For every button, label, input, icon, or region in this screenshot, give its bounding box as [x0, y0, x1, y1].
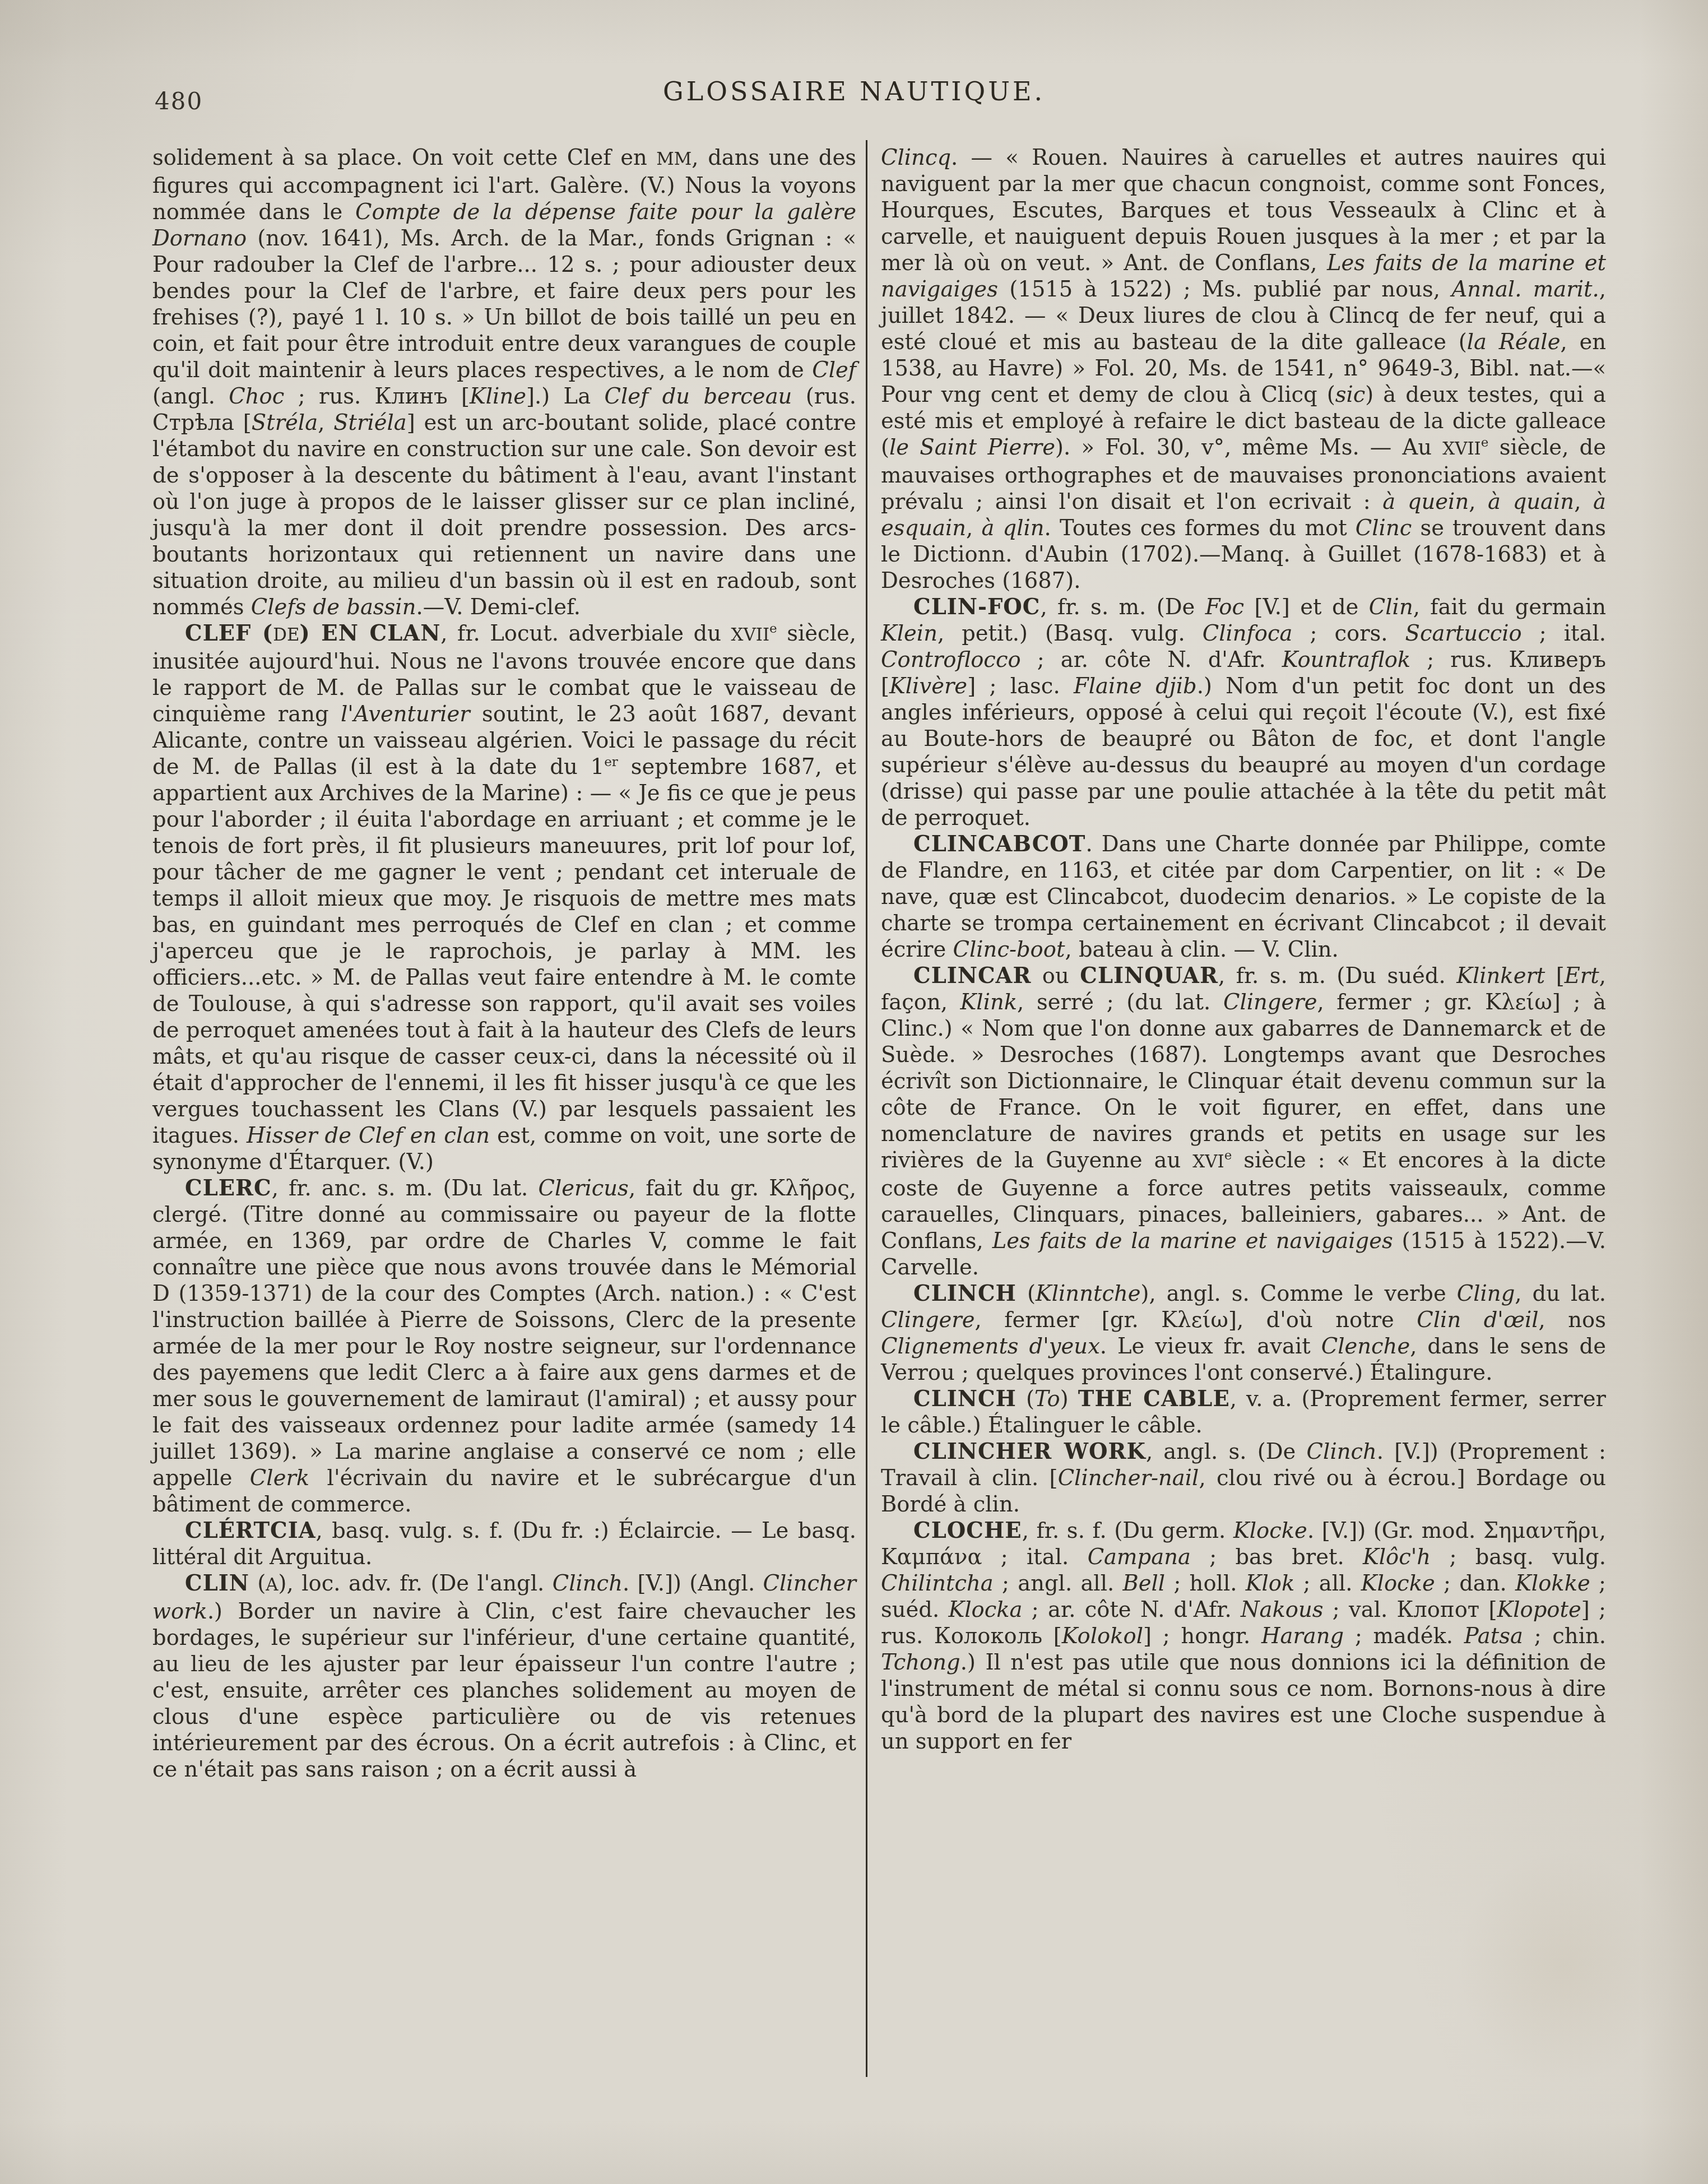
text-segment: Chilintcha	[881, 1571, 994, 1596]
entry-headword: CLERC	[185, 1176, 272, 1201]
text-segment: xvii	[731, 625, 770, 645]
entry-headword: CLINCHER WORK	[913, 1439, 1146, 1464]
text-segment: (1515 à 1522) ; Ms. publié par nous,	[998, 277, 1452, 302]
text-segment: Clingere	[881, 1307, 975, 1333]
text-segment: , fr. s. m. (Du suéd.	[1218, 963, 1456, 989]
text-segment: mm	[656, 149, 691, 169]
text-segment: ; basq. vulg.	[1431, 1545, 1606, 1570]
text-segment: Stréla	[252, 410, 318, 435]
text-segment: Nakous	[1241, 1597, 1324, 1622]
text-segment: ; bas bret.	[1191, 1545, 1363, 1570]
text-segment: xvi	[1192, 1152, 1224, 1172]
text-segment: ou	[1031, 963, 1080, 989]
text-segment: , fermer [gr. Κλείω], d'où notre	[975, 1307, 1417, 1333]
entry-headword: CLÉRTCIA	[185, 1518, 316, 1543]
text-segment: Les faits de la marine et navigaiges	[992, 1228, 1393, 1254]
text-segment: . Le vieux fr. avait	[1100, 1334, 1321, 1359]
glossary-paragraph: CLINCAR ou CLINQUAR, fr. s. m. (Du suéd.…	[881, 963, 1606, 1281]
text-segment: Clinfoca	[1203, 621, 1293, 646]
text-segment: .) Border un navire à Clin, c'est faire …	[152, 1599, 856, 1782]
text-segment: ,	[1469, 489, 1488, 514]
text-segment: de	[273, 625, 299, 645]
entry-headword: CLIN	[185, 1571, 249, 1596]
text-segment: à quain	[1488, 489, 1574, 514]
text-segment: Clin d'œil	[1417, 1307, 1538, 1333]
glossary-paragraph: CLERC, fr. anc. s. m. (Du lat. Clericus,…	[152, 1175, 856, 1518]
text-segment: Klopote	[1497, 1597, 1581, 1622]
text-segment: , fait du gr. Κλῆρος, clergé. (Titre don…	[152, 1176, 856, 1491]
text-segment: ; madék.	[1344, 1624, 1464, 1649]
text-segment: ,	[318, 410, 333, 435]
text-segment: Klink	[960, 990, 1018, 1015]
text-segment: Clin	[1369, 595, 1413, 620]
text-segment: Klivère	[889, 674, 967, 699]
text-segment: , serré ; (du lat.	[1017, 990, 1223, 1015]
text-segment: Kline	[470, 384, 526, 409]
text-segment: , fr. s. m. (De	[1040, 595, 1205, 620]
text-segment: (angl.	[152, 384, 229, 409]
text-segment: , fermer ; gr. Κλείω] ; à Clinc.) « Nom …	[881, 990, 1606, 1173]
text-segment: sic	[1335, 382, 1366, 407]
text-segment: ; holl.	[1165, 1571, 1246, 1596]
text-segment: Clenche	[1321, 1334, 1410, 1359]
text-segment: ; ar. côte N. d'Afr.	[1021, 647, 1282, 673]
text-segment: ; angl. all.	[994, 1571, 1123, 1596]
right-text-column: Clincq. — « Rouen. Nauires à caruelles e…	[881, 145, 1606, 1755]
text-segment: er	[604, 755, 618, 769]
text-segment: ] ; hongr.	[1143, 1624, 1261, 1649]
text-segment: , fait du germain	[1413, 595, 1606, 620]
text-segment: , petit.) (Basq. vulg.	[937, 621, 1203, 646]
text-segment: Clinch	[553, 1571, 623, 1596]
text-segment: e	[769, 622, 777, 636]
text-segment: l'Aventurier	[341, 702, 470, 727]
text-segment: ). » Fol. 30, v°, même Ms. — Au	[1055, 435, 1442, 460]
glossary-paragraph: CLINCH (Klinntche), angl. s. Comme le ve…	[881, 1281, 1606, 1386]
left-text-column: solidement à sa place. On voit cette Cle…	[152, 145, 856, 1783]
text-segment: Clincher-nail	[1058, 1466, 1199, 1491]
text-segment: e	[1481, 435, 1489, 450]
text-segment: Foc	[1205, 595, 1244, 620]
text-segment: Klôc'h	[1363, 1545, 1431, 1570]
text-segment: Controflocco	[881, 647, 1021, 673]
paper-stain	[1457, 1849, 1670, 2085]
text-segment: . [V.]) (Angl.	[623, 1571, 763, 1596]
text-segment: , fr. s. f. (Du germ.	[1022, 1518, 1233, 1543]
glossary-paragraph: CLINCHER WORK, angl. s. (De Clinch. [V.]…	[881, 1439, 1606, 1518]
text-segment: , du lat.	[1515, 1281, 1606, 1306]
text-segment: solidement à sa place. On voit cette Cle…	[152, 145, 656, 170]
text-segment: Klok	[1246, 1571, 1295, 1596]
entry-headword: CLIN-FOC	[913, 595, 1040, 620]
text-segment: Tchong	[881, 1650, 960, 1675]
entry-headword: CLEF (	[185, 621, 273, 646]
text-segment: Klinkert	[1456, 963, 1545, 989]
text-segment: Clinc-boot	[953, 937, 1065, 962]
text-segment: ; ar. côte N. d'Afr.	[1023, 1597, 1241, 1622]
text-segment: (	[249, 1571, 266, 1596]
text-segment: Hisser de Clef en clan	[247, 1123, 490, 1148]
text-segment: (nov. 1641), Ms. Arch. de la Mar., fonds…	[152, 226, 856, 383]
text-segment: Patsa	[1464, 1624, 1523, 1649]
glossary-paragraph: CLINCH (To) THE CABLE, v. a. (Proprement…	[881, 1386, 1606, 1439]
text-segment: Klocke	[1233, 1518, 1307, 1543]
text-segment: Clinc	[1356, 516, 1412, 541]
text-segment: Klokke	[1515, 1571, 1590, 1596]
text-segment: .) Il n'est pas utile que nous donnions …	[881, 1650, 1606, 1754]
text-segment: le Saint Pierre	[889, 435, 1055, 460]
text-segment: Clignements d'yeux	[881, 1334, 1100, 1359]
text-segment: ; cors.	[1293, 621, 1405, 646]
text-segment: ; val. Клопот [	[1324, 1597, 1497, 1622]
text-segment: Choc	[229, 384, 284, 409]
text-segment: xvii	[1442, 439, 1481, 459]
entry-headword: CLINCH	[913, 1281, 1017, 1306]
text-segment: To	[1034, 1387, 1060, 1412]
text-segment: e	[1224, 1148, 1232, 1163]
glossary-paragraph: Clincq. — « Rouen. Nauires à caruelles e…	[881, 145, 1606, 594]
text-segment: , fr. Locut. adverbiale du	[440, 621, 731, 646]
text-segment: ; rus. Клинъ [	[284, 384, 470, 409]
text-segment: Cling	[1457, 1281, 1515, 1306]
entry-headword: CLINQUAR	[1080, 963, 1218, 989]
text-segment: .—V. Demi-clef.	[416, 595, 581, 620]
text-segment: Harang	[1261, 1624, 1344, 1649]
text-segment: ; dan.	[1435, 1571, 1515, 1596]
page-title: GLOSSAIRE NAUTIQUE.	[0, 76, 1708, 106]
text-segment: Clef	[812, 358, 856, 383]
entry-headword: THE CABLE	[1078, 1387, 1230, 1412]
entry-headword: CLINCH	[913, 1387, 1017, 1412]
text-segment: Kolokol	[1062, 1624, 1143, 1649]
text-segment: Clingere	[1223, 990, 1317, 1015]
glossary-paragraph: CLIN-FOC, fr. s. m. (De Foc [V.] et de C…	[881, 594, 1606, 831]
text-segment: septembre 1687, et appartient aux Archiv…	[152, 754, 856, 1148]
text-segment: )	[1060, 1387, 1078, 1412]
text-segment: (	[1017, 1387, 1034, 1412]
text-segment: Clefs de bassin	[251, 595, 416, 620]
text-segment: (	[1017, 1281, 1036, 1306]
text-segment: à quein	[1382, 489, 1469, 514]
text-segment: Clericus	[538, 1176, 628, 1201]
text-segment: ; ital.	[1522, 621, 1606, 646]
text-segment: Campana	[1088, 1545, 1191, 1570]
text-segment: Scartuccio	[1405, 621, 1522, 646]
text-segment: [	[1545, 963, 1564, 989]
text-segment: Kountraflok	[1282, 647, 1411, 673]
entry-headword: ) EN CLAN	[299, 621, 440, 646]
entry-headword: CLINCAR	[913, 963, 1031, 989]
text-segment: Flaine djib	[1074, 674, 1197, 699]
text-segment: ), loc. adv. fr. (De l'angl.	[279, 1571, 553, 1596]
entry-headword: CLOCHE	[913, 1518, 1022, 1543]
text-segment: Annal. marit.	[1452, 277, 1599, 302]
text-segment: à qlin	[981, 516, 1044, 541]
text-segment: Clerk	[250, 1466, 309, 1491]
text-segment: , bateau à clin. — V. Clin.	[1065, 937, 1338, 962]
glossary-paragraph: CLOCHE, fr. s. f. (Du germ. Klocke. [V.]…	[881, 1518, 1606, 1755]
text-segment: , nos	[1539, 1307, 1606, 1333]
text-segment: Bell	[1122, 1571, 1165, 1596]
text-segment: [V.] et de	[1244, 595, 1369, 620]
text-segment: ; all.	[1294, 1571, 1361, 1596]
text-segment: la Réale	[1467, 330, 1561, 355]
text-segment: Klein	[881, 621, 937, 646]
text-segment: Klocka	[948, 1597, 1022, 1622]
text-segment: , angl. s. (De	[1146, 1439, 1307, 1464]
text-segment: ,	[1574, 489, 1593, 514]
text-segment: Klocke	[1361, 1571, 1435, 1596]
text-segment: Clinch	[1307, 1439, 1377, 1464]
text-segment: Striéla	[333, 410, 407, 435]
text-segment: Klinntche	[1036, 1281, 1141, 1306]
glossary-paragraph: CLINCABCOT. Dans une Charte donnée par P…	[881, 831, 1606, 963]
text-segment: ].) La	[526, 384, 605, 409]
text-segment: Clincq	[881, 145, 951, 170]
text-segment: ; chin.	[1523, 1624, 1606, 1649]
text-segment: ,	[966, 516, 981, 541]
text-segment: ] est un arc-boutant solide, placé contr…	[152, 410, 856, 620]
column-divider-rule	[866, 140, 867, 2077]
text-segment: Clef du berceau	[605, 384, 792, 409]
scanned-book-page: { "page": { "number": "480", "title": "G…	[0, 0, 1708, 2184]
glossary-paragraph: CLÉRTCIA, basq. vulg. s. f. (Du fr. :) É…	[152, 1518, 856, 1570]
glossary-paragraph: CLEF (de) EN CLAN, fr. Locut. adverbiale…	[152, 620, 856, 1175]
glossary-paragraph: CLIN (a), loc. adv. fr. (De l'angl. Clin…	[152, 1570, 856, 1783]
text-segment: , fr. anc. s. m. (Du lat.	[272, 1176, 539, 1201]
glossary-paragraph: solidement à sa place. On voit cette Cle…	[152, 145, 856, 620]
text-segment: Ert	[1565, 963, 1599, 989]
text-segment: ), angl. s. Comme le verbe	[1141, 1281, 1457, 1306]
entry-headword: CLINCABCOT	[913, 832, 1086, 857]
text-segment: ] ; lasc.	[967, 674, 1074, 699]
text-segment: . Toutes ces formes du mot	[1045, 516, 1356, 541]
text-segment: a	[266, 1575, 278, 1595]
